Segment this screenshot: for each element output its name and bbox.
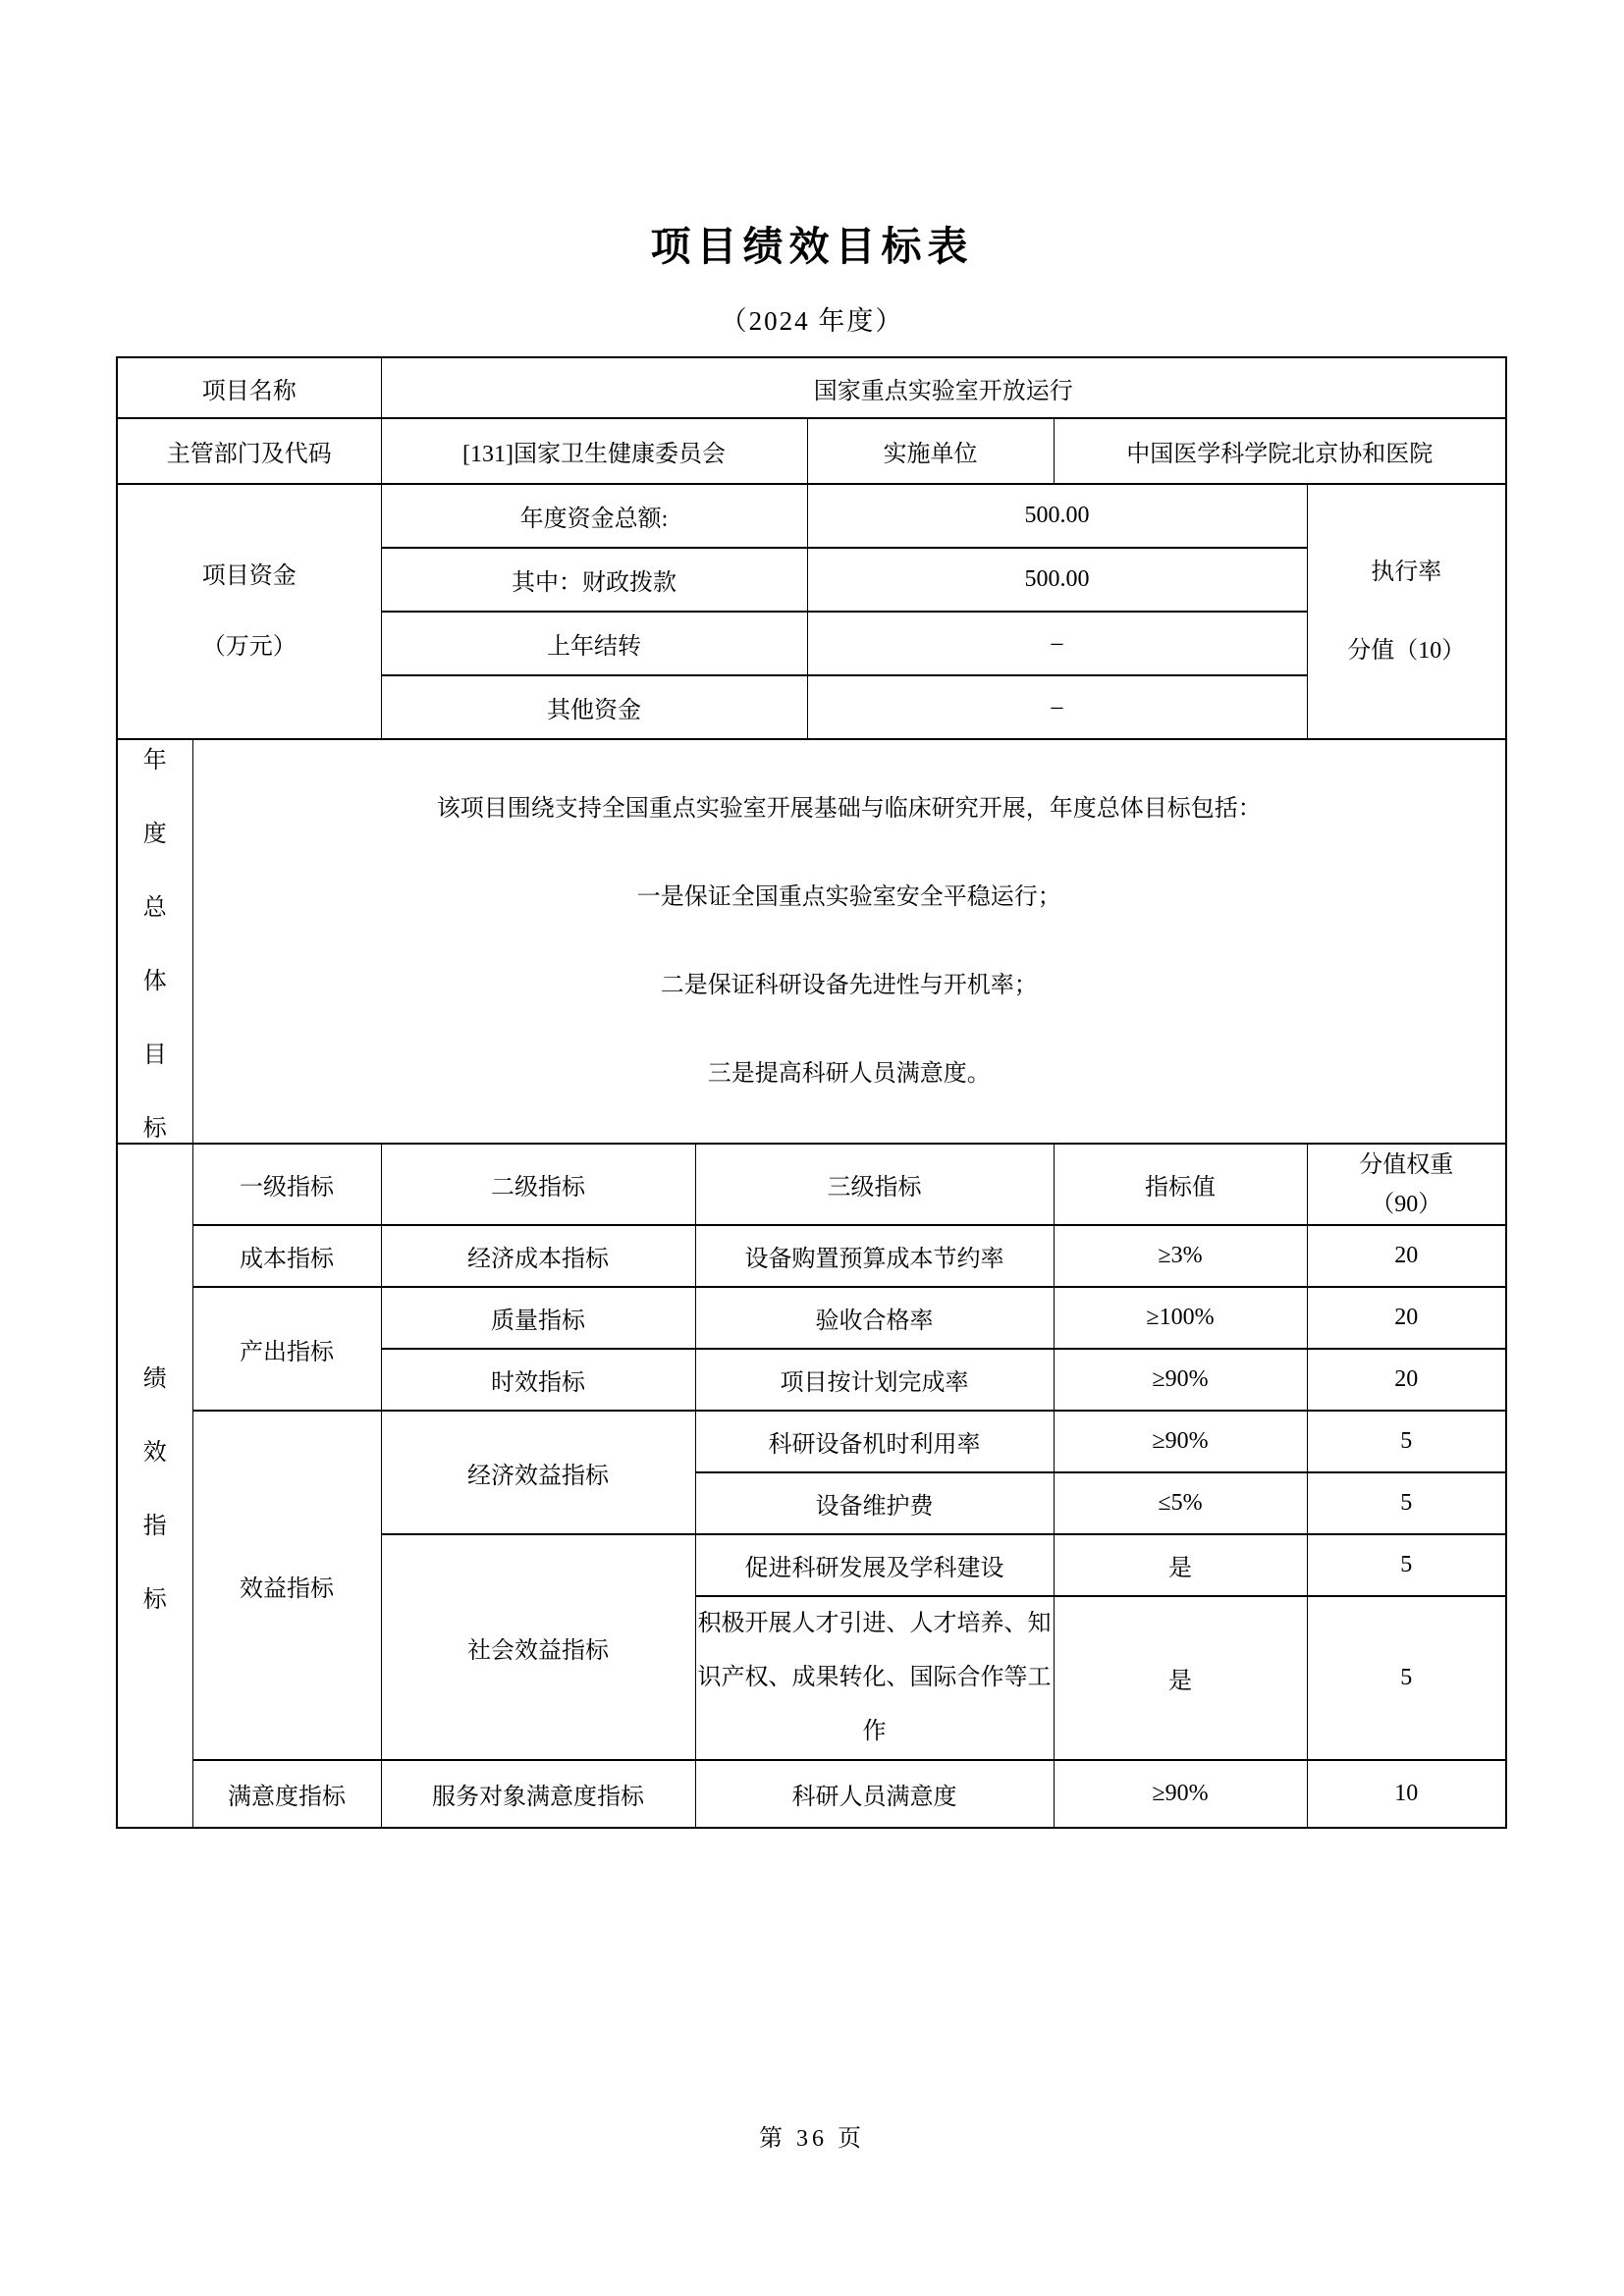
weight-cell: 5 (1307, 1534, 1506, 1596)
header-weight-text: 分值权重 （90） (1359, 1152, 1453, 1217)
dept-label: 主管部门及代码 (117, 418, 381, 484)
value-cell: ≥90% (1054, 1760, 1307, 1828)
header-level2: 二级指标 (381, 1144, 695, 1225)
header-level1: 一级指标 (192, 1144, 381, 1225)
value-cell: ≥90% (1054, 1349, 1307, 1411)
funds-row-value: 500.00 (807, 548, 1307, 612)
performance-indicators-label-char: 绩 (143, 1359, 167, 1393)
funds-row-name: 其他资金 (381, 675, 807, 739)
value-cell: ≥100% (1054, 1287, 1307, 1349)
level2-cell: 社会效益指标 (381, 1534, 695, 1760)
level2-cell: 服务对象满意度指标 (381, 1760, 695, 1828)
performance-indicators-label: 绩 效 指 标 (117, 1144, 192, 1828)
weight-cell: 20 (1307, 1349, 1506, 1411)
level2-cell: 时效指标 (381, 1349, 695, 1411)
annual-target-paragraph: 三是提高科研人员满意度。 (193, 1030, 1506, 1118)
annual-target-paragraph: 一是保证全国重点实验室安全平稳运行； (193, 853, 1506, 941)
funds-label: 项目资金 （万元） (117, 484, 381, 739)
level3-cell: 验收合格率 (695, 1287, 1054, 1349)
header-weight: 分值权重 （90） (1307, 1144, 1506, 1225)
table-row: 成本指标 经济成本指标 设备购置预算成本节约率 ≥3% 20 (117, 1225, 1506, 1287)
level1-cell: 产出指标 (192, 1287, 381, 1411)
weight-cell: 5 (1307, 1411, 1506, 1472)
table-row: 效益指标 经济效益指标 科研设备机时利用率 ≥90% 5 (117, 1411, 1506, 1472)
level2-cell: 经济成本指标 (381, 1225, 695, 1287)
funds-label-line1: 项目资金 (202, 563, 297, 589)
impl-value: 中国医学科学院北京协和医院 (1054, 418, 1506, 484)
level2-cell: 经济效益指标 (381, 1411, 695, 1534)
annual-target-label: 年 度 总 体 目 标 (117, 739, 192, 1144)
table-row: 满意度指标 服务对象满意度指标 科研人员满意度 ≥90% 10 (117, 1760, 1506, 1828)
level1-cell: 效益指标 (192, 1411, 381, 1760)
funds-row-value: – (807, 675, 1307, 739)
annual-target-label-char: 总 (143, 887, 167, 922)
execution-rate-line1: 执行率 (1371, 560, 1441, 585)
page-number: 第 36 页 (0, 2118, 1624, 2153)
weight-cell: 10 (1307, 1760, 1506, 1828)
value-cell: 是 (1054, 1596, 1307, 1760)
level3-cell: 积极开展人才引进、人才培养、知识产权、成果转化、国际合作等工作 (695, 1596, 1054, 1760)
value-cell: ≥90% (1054, 1411, 1307, 1472)
dept-value: [131]国家卫生健康委员会 (381, 418, 807, 484)
annual-target-label-char: 目 (143, 1035, 167, 1069)
execution-rate-cell: 执行率 分值（10） (1307, 484, 1506, 739)
level3-cell: 设备购置预算成本节约率 (695, 1225, 1054, 1287)
level3-cell: 科研人员满意度 (695, 1760, 1054, 1828)
header-level3: 三级指标 (695, 1144, 1054, 1225)
level3-cell: 项目按计划完成率 (695, 1349, 1054, 1411)
header-value: 指标值 (1054, 1144, 1307, 1225)
performance-indicators-label-char: 效 (143, 1432, 167, 1467)
weight-cell: 20 (1307, 1225, 1506, 1287)
annual-target-label-char: 度 (143, 814, 167, 848)
table-row: 产出指标 质量指标 验收合格率 ≥100% 20 (117, 1287, 1506, 1349)
project-name-label: 项目名称 (117, 357, 381, 418)
level1-cell: 成本指标 (192, 1225, 381, 1287)
funds-row-name: 其中：财政拨款 (381, 548, 807, 612)
page-title: 项目绩效目标表 (0, 214, 1624, 272)
funds-label-line2: （万元） (202, 634, 297, 660)
level2-cell: 质量指标 (381, 1287, 695, 1349)
weight-cell: 20 (1307, 1287, 1506, 1349)
weight-cell: 5 (1307, 1472, 1506, 1534)
annual-target-label-char: 年 (143, 740, 167, 774)
value-cell: 是 (1054, 1534, 1307, 1596)
impl-label: 实施单位 (807, 418, 1054, 484)
annual-target-paragraph: 该项目围绕支持全国重点实验室开展基础与临床研究开展，年度总体目标包括： (193, 765, 1506, 853)
value-cell: ≥3% (1054, 1225, 1307, 1287)
document-page: 项目绩效目标表 （2024 年度） 项目名称 国家重点实验室开放运行 主管部门及… (0, 0, 1624, 2296)
level3-cell: 促进科研发展及学科建设 (695, 1534, 1054, 1596)
level3-cell: 科研设备机时利用率 (695, 1411, 1054, 1472)
annual-target-label-char: 体 (143, 961, 167, 995)
funds-row-value: – (807, 612, 1307, 675)
funds-row-name: 年度资金总额: (381, 484, 807, 548)
project-name-value: 国家重点实验室开放运行 (381, 357, 1506, 418)
performance-target-table: 项目名称 国家重点实验室开放运行 主管部门及代码 [131]国家卫生健康委员会 … (116, 356, 1507, 1829)
funds-row-name: 上年结转 (381, 612, 807, 675)
annual-target-paragraph: 二是保证科研设备先进性与开机率； (193, 941, 1506, 1030)
value-cell: ≤5% (1054, 1472, 1307, 1534)
level1-cell: 满意度指标 (192, 1760, 381, 1828)
annual-target-content: 该项目围绕支持全国重点实验室开展基础与临床研究开展，年度总体目标包括： 一是保证… (192, 739, 1506, 1144)
performance-indicators-label-char: 标 (143, 1579, 167, 1614)
performance-indicators-label-char: 指 (143, 1506, 167, 1540)
weight-cell: 5 (1307, 1596, 1506, 1760)
funds-row-value: 500.00 (807, 484, 1307, 548)
annual-target-label-char: 标 (143, 1108, 167, 1143)
level3-cell: 设备维护费 (695, 1472, 1054, 1534)
page-subtitle: （2024 年度） (0, 299, 1624, 338)
execution-rate-line2: 分值（10） (1347, 638, 1465, 664)
